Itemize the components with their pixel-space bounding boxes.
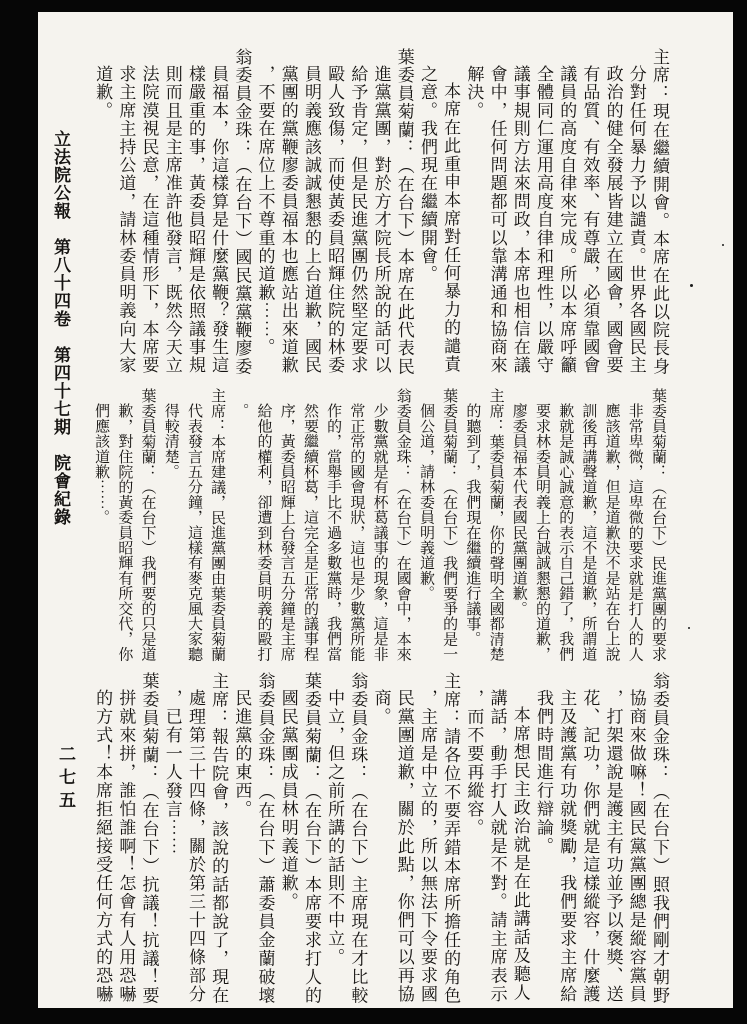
text-column-speaker: 翁委員金珠：（在台下）主席現在才比較 xyxy=(345,672,368,1006)
scan-speck xyxy=(688,627,690,629)
text-column-cont: 處理第三十四條，關於第三十四條部分 xyxy=(183,672,206,1006)
text-column-cont: 商。 xyxy=(368,672,391,1006)
text-column-cont: 們應該道歉⋯⋯。 xyxy=(90,388,113,660)
page-number: 二七五 xyxy=(53,745,78,814)
text-column-cont: 議事規則方法來問政，本席也相信在議 xyxy=(508,48,531,378)
text-column-para: 本席想民主政治就是在此講話及聽人 xyxy=(508,672,531,1006)
text-column-cont: 個公道，請林委員明義道歉。 xyxy=(415,388,438,660)
text-column-cont: ，已有一人發言⋯⋯ xyxy=(160,672,183,1006)
text-column-cont: 毆人致傷，而使黃委員昭輝住院的林委 xyxy=(322,48,345,378)
text-column-cont: 求主席主持公道，請林委員明義向大家 xyxy=(113,48,136,378)
text-column-cont: 民黨團道歉，關於此點，你們可以再協 xyxy=(392,672,415,1006)
text-column-cont: 然要繼續杯葛，這完全是正常的議事程 xyxy=(299,388,322,660)
text-column-cont: 主及護黨有功就獎勵，我們要求主席給 xyxy=(554,672,577,1006)
text-column-cont: 道歉。 xyxy=(90,48,113,378)
text-column-cont: 得較清楚。 xyxy=(160,388,183,660)
scanned-gazette-image: 立法院公報 第八十四卷 第四十七期 院會紀錄 二七五 主席：現在繼續開會。本席在… xyxy=(0,0,747,1024)
text-column-cont: 。 xyxy=(229,388,252,660)
text-column-speaker: 葉委員菊蘭：（在台下）民進黨團的要求 xyxy=(647,388,670,660)
scan-speck xyxy=(690,284,693,287)
text-column-speaker: 葉委員菊蘭：（在台下）本席要求打人的 xyxy=(299,672,322,1006)
text-column-cont: 要求林委員明義上台誠誠懇懇的道歉， xyxy=(531,388,554,660)
text-column-cont: 員福本，你這樣算是什麼黨鞭？發生這 xyxy=(206,48,229,378)
text-column-speaker: 葉委員菊蘭：（在台下）本席在此代表民 xyxy=(392,48,415,378)
text-column-cont: 國民黨團成員林明義道歉。 xyxy=(276,672,299,1006)
text-column-cont: 議員的高度自律來完成。所以本席呼籲 xyxy=(554,48,577,378)
text-column-cont: 拼就來拼，誰怕誰啊！怎會有人用恐嚇 xyxy=(113,672,136,1006)
text-column-speaker: 主席：報告院會，該說的話都說了，現在 xyxy=(206,672,229,1006)
text-column-cont: 樣嚴重的事，黃委員昭輝是依照議事規 xyxy=(183,48,206,378)
text-column-cont: ，主席是中立的，所以無法下令要求國 xyxy=(415,672,438,1006)
text-column-cont: 民進黨的東西。 xyxy=(229,672,252,1006)
text-band-bottom: 翁委員金珠：（在台下）照我們剛才朝野協商來做嘛！國民黨黨團總是縱容黨員，打架還說… xyxy=(88,672,670,1006)
text-column-cont: 代表發言五分鐘，這樣有麥克風大家聽 xyxy=(183,388,206,660)
text-column-cont: 分對任何暴力予以譴責。世界各國民主 xyxy=(624,48,647,378)
text-column-cont: 會中，任何問題都可以靠溝通和協商來 xyxy=(484,48,507,378)
text-column-cont: 進黨黨團，對於方才院長所說的話可以 xyxy=(368,48,391,378)
text-column-cont: 給予肯定，但是民進黨團仍然堅定要求 xyxy=(345,48,368,378)
text-column-cont: 講話，動手打人就是不對。請主席表示 xyxy=(484,672,507,1006)
text-column-cont: 我們時間進行辯論。 xyxy=(531,672,554,1006)
text-column-cont: 全體同仁運用高度自律和理性，以嚴守 xyxy=(531,48,554,378)
text-column-cont: 則而且是主席准許他發言，既然今天立 xyxy=(160,48,183,378)
text-column-speaker: 主席：現在繼續開會。本席在此以院長身 xyxy=(647,48,670,378)
text-column-cont: ，而不要再縱容。 xyxy=(461,672,484,1006)
text-column-cont: 歉就是誠心誠意的表示自己錯了，我們 xyxy=(554,388,577,660)
text-column-cont: 常正常的國會現狀，這也是少數黨所能 xyxy=(345,388,368,660)
text-column-speaker: 葉委員菊蘭：（在台下）抗議！抗議！要 xyxy=(136,672,159,1006)
text-column-cont: 序，黃委員昭輝上台發言五分鐘是主席 xyxy=(276,388,299,660)
text-column-cont: 政治的健全發展皆建立在國會，國會要 xyxy=(600,48,623,378)
text-column-cont: 員明義應該誠誠懇懇的上台道歉，國民 xyxy=(299,48,322,378)
text-column-cont: 有品質、有效率、有尊嚴，必須靠國會 xyxy=(577,48,600,378)
text-column-speaker: 葉委員菊蘭：（在台下）我們要的只是道 xyxy=(136,388,159,660)
gazette-page: 立法院公報 第八十四卷 第四十七期 院會紀錄 二七五 主席：現在繼續開會。本席在… xyxy=(38,12,733,1008)
text-column-para: 本席在此重申本席對任何暴力的譴責 xyxy=(438,48,461,378)
text-column-cont: 之意。我們現在繼續開會。 xyxy=(415,48,438,378)
text-column-cont: ，不要在席位上不尊重的道歉⋯⋯。 xyxy=(252,48,275,378)
text-column-cont: 給他的權利，卻遭到林委員明義的毆打 xyxy=(252,388,275,660)
text-column-cont: 少數黨就是有杯葛議事的現象，這是非 xyxy=(368,388,391,660)
text-column-cont: 的方式！本席拒絕接受任何方式的恐嚇 xyxy=(90,672,113,1006)
text-column-speaker: 主席：本席建議，民進黨團由葉委員菊蘭 xyxy=(206,388,229,660)
text-column-cont: 法院漠視民意，在這種情形下，本席要 xyxy=(136,48,159,378)
text-column-cont: 作的，當舉手比不過多數黨時，我們當 xyxy=(322,388,345,660)
text-column-speaker: 翁委員金珠：（在台下）在國會中，本來 xyxy=(392,388,415,660)
text-band-middle: 葉委員菊蘭：（在台下）民進黨團的要求非常卑微，這卑微的要求就是打人的人應該道歉，… xyxy=(88,388,670,660)
text-column-cont: 花、記功，你們就是這樣縱容，什麼護 xyxy=(577,672,600,1006)
text-column-cont: 廖委員福本代表國民黨團道歉。 xyxy=(508,388,531,660)
scan-speck xyxy=(722,244,724,246)
text-column-cont: 解決。 xyxy=(461,48,484,378)
text-column-speaker: 翁委員金珠：（在台下）照我們剛才朝野 xyxy=(647,672,670,1006)
journal-title: 立法院公報 第八十四卷 第四十七期 院會紀錄 xyxy=(48,130,73,526)
text-column-cont: 訓後再講聲道歉，這不是道歉，所謂道 xyxy=(577,388,600,660)
text-band-top: 主席：現在繼續開會。本席在此以院長身分對任何暴力予以譴責。世界各國民主政治的健全… xyxy=(88,48,670,378)
text-column-cont: 應該道歉，但是道歉決不是站在台上說 xyxy=(600,388,623,660)
text-column-cont: 中立，但之前所講的話則不中立。 xyxy=(322,672,345,1006)
text-column-speaker: 主席：請各位不要弄錯本席所擔任的角色 xyxy=(438,672,461,1006)
text-column-cont: 非常卑微，這卑微的要求就是打人的人 xyxy=(624,388,647,660)
text-column-speaker: 主席：葉委員菊蘭，你的聲明全國都清楚 xyxy=(484,388,507,660)
text-column-speaker: 葉委員菊蘭：（在台下）我們要爭的是一 xyxy=(438,388,461,660)
text-column-cont: ，打架還說是護主有功並予以褒獎、送 xyxy=(600,672,623,1006)
scan-speck xyxy=(657,889,660,891)
text-column-cont: 黨團的黨鞭廖委員福本也應站出來道歉 xyxy=(276,48,299,378)
text-column-cont: 歉，對住院的黃委員昭輝有所交代，你 xyxy=(113,388,136,660)
text-column-cont: 協商來做嘛！國民黨黨團總是縱容黨員 xyxy=(624,672,647,1006)
text-column-speaker: 翁委員金珠：（在台下）國民黨黨鞭廖委 xyxy=(229,48,252,378)
text-column-speaker: 翁委員金珠：（在台下）蕭委員金蘭破壞 xyxy=(252,672,275,1006)
text-column-cont: 的聽到了，我們現在繼續進行議事。 xyxy=(461,388,484,660)
